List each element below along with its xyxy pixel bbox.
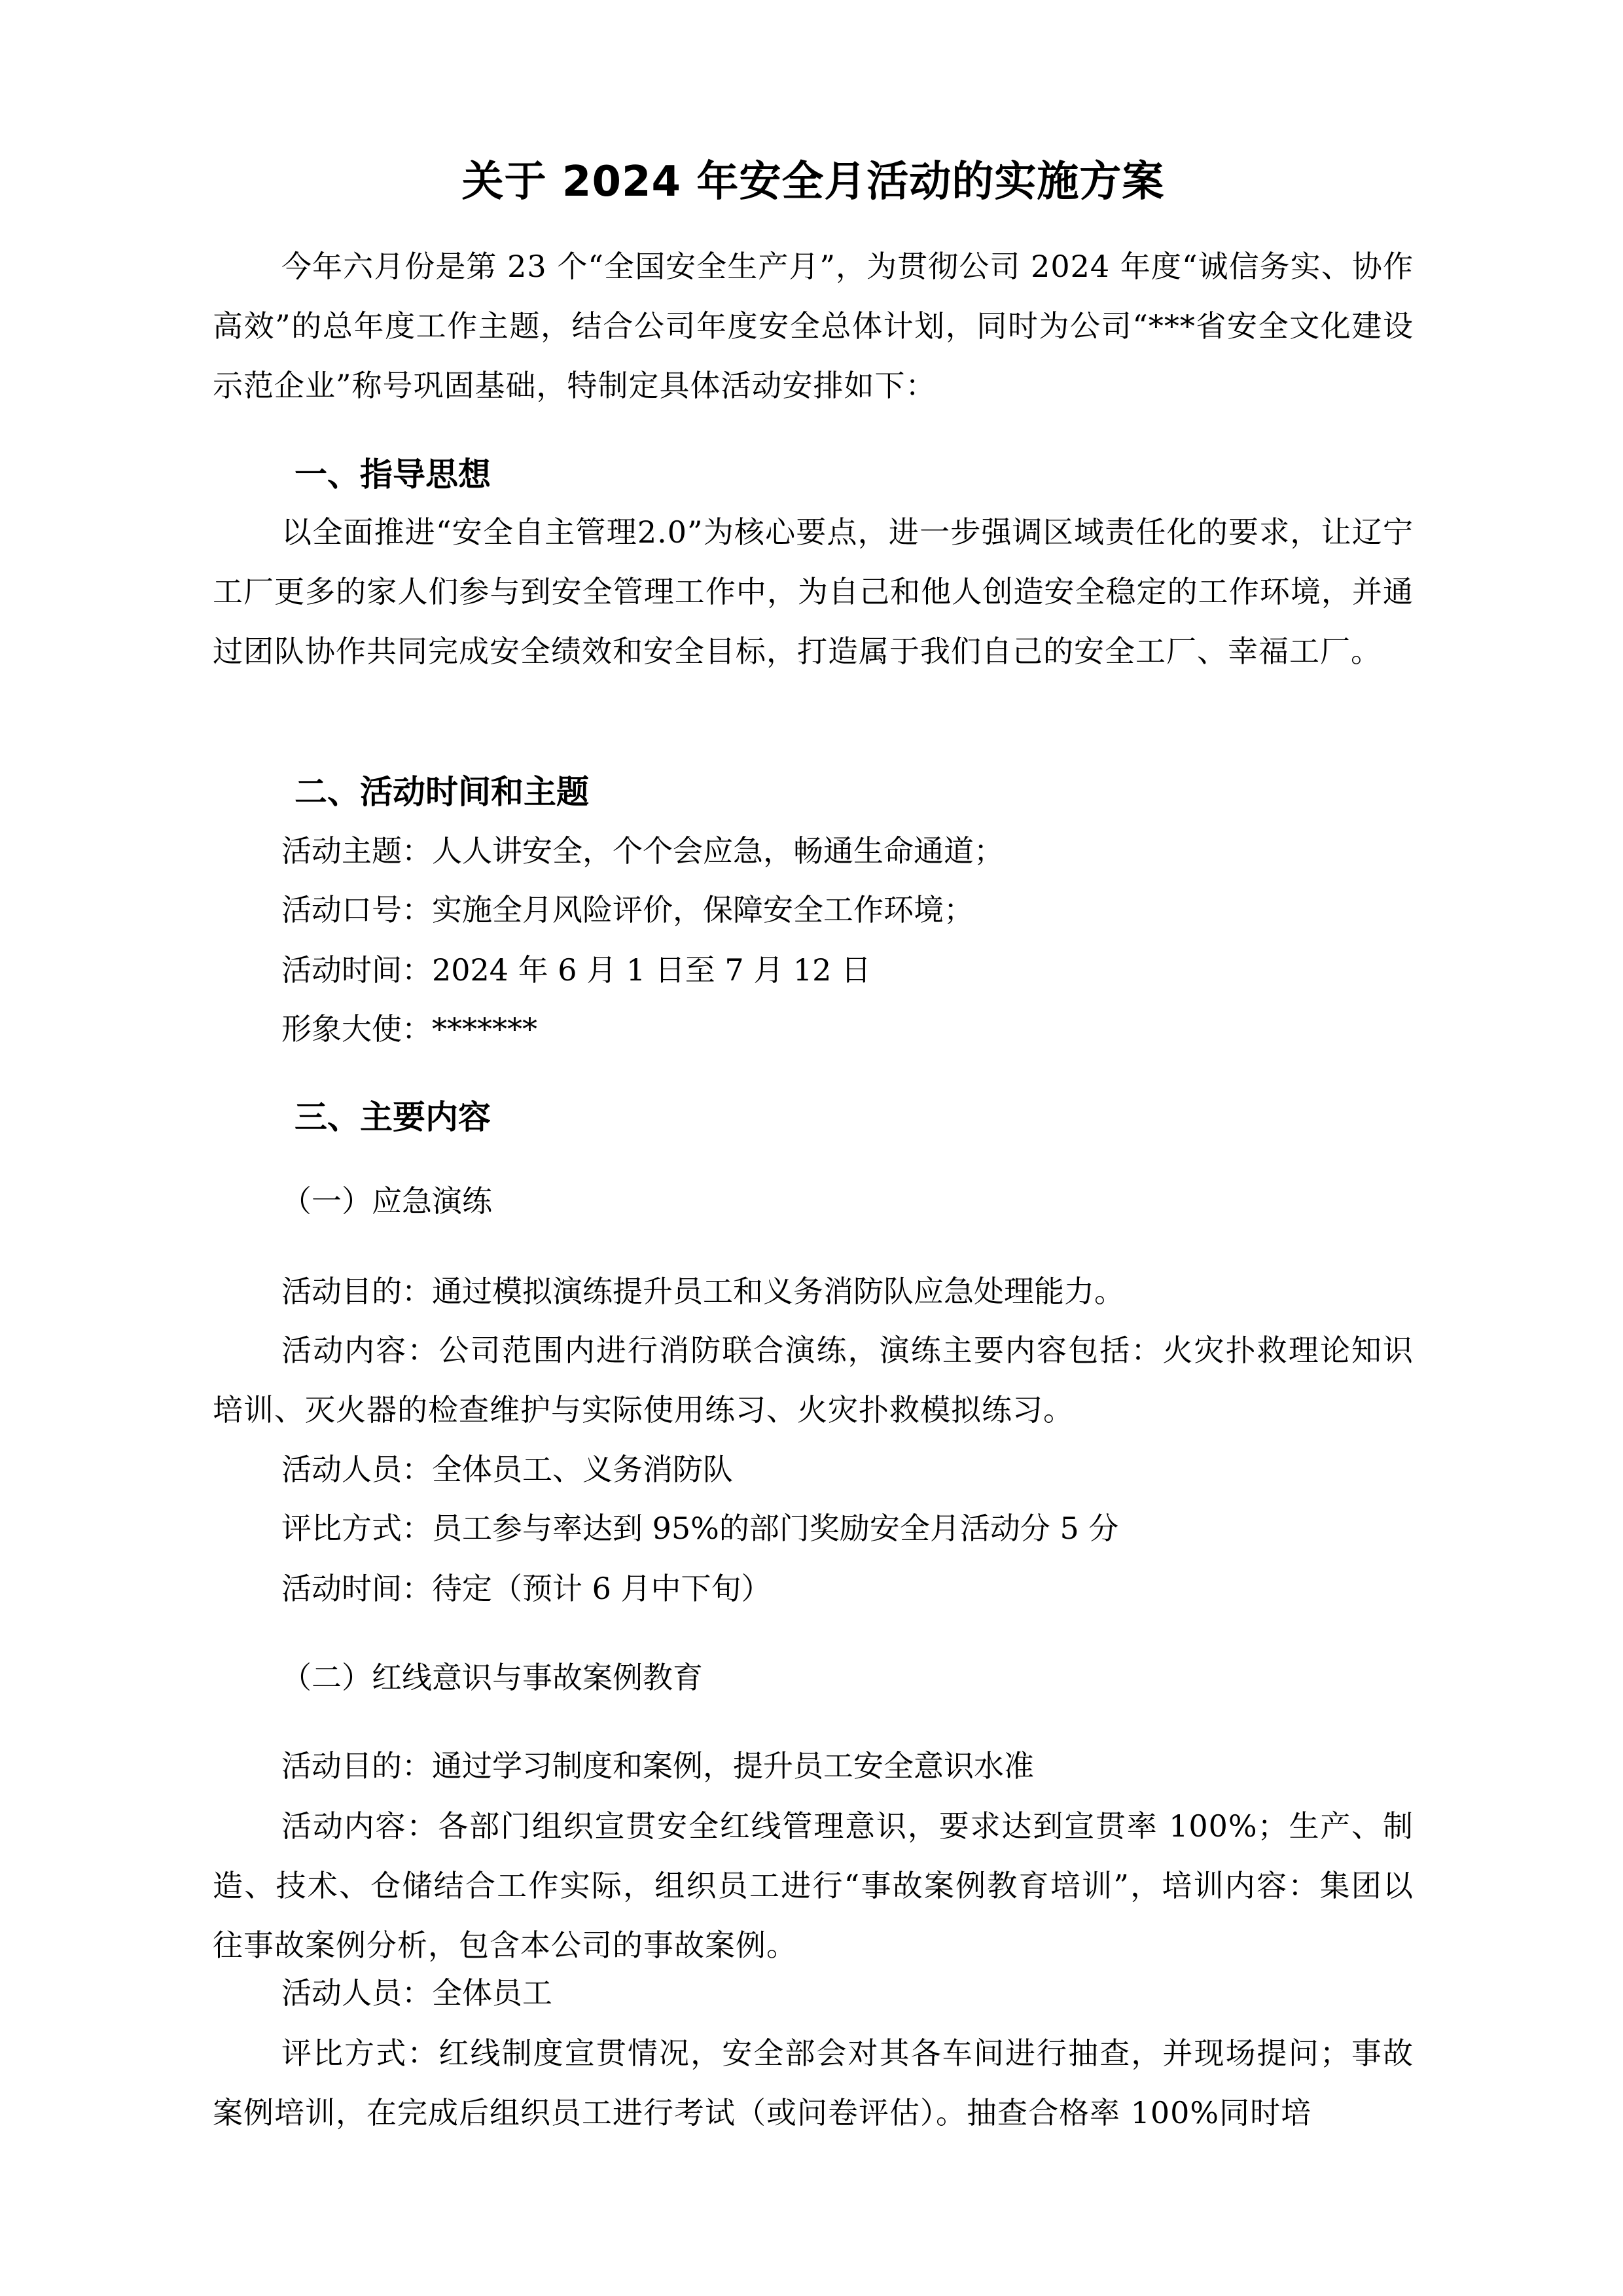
- intro-paragraph: 今年六月份是第 23 个“全国安全生产月”，为贯彻公司 2024 年度“诚信务实…: [213, 237, 1414, 416]
- sub1-content: 活动内容：公司范围内进行消防联合演练，演练主要内容包括：火灾扑救理论知识培训、灭…: [213, 1321, 1414, 1440]
- subsection-2-heading: （二）红线意识与事故案例教育: [281, 1648, 703, 1707]
- activity-time: 活动时间：2024 年 6 月 1 日至 7 月 12 日: [281, 941, 871, 999]
- sub2-evaluation: 评比方式：红线制度宣贯情况，安全部会对其各车间进行抽查，并现场提问；事故案例培训…: [213, 2024, 1414, 2143]
- sub1-evaluation: 评比方式：员工参与率达到 95%的部门奖励安全月活动分 5 分: [281, 1499, 1118, 1558]
- sub2-personnel: 活动人员：全体员工: [281, 1964, 552, 2022]
- sub2-purpose: 活动目的：通过学习制度和案例，提升员工安全意识水准: [281, 1736, 1034, 1795]
- sub2-content: 活动内容：各部门组织宣贯安全红线管理意识，要求达到宣贯率 100%；生产、制造、…: [213, 1797, 1414, 1975]
- section-2-heading: 二、活动时间和主题: [294, 762, 589, 821]
- section-1-heading: 一、指导思想: [294, 445, 491, 504]
- sub1-time: 活动时间：待定（预计 6 月中下旬）: [281, 1559, 772, 1618]
- section-1-body: 以全面推进“安全自主管理2.0”为核心要点，进一步强调区域责任化的要求，让辽宁工…: [213, 503, 1414, 681]
- subsection-1-heading: （一）应急演练: [281, 1172, 492, 1230]
- document-title: 关于 2024 年安全月活动的实施方案: [213, 149, 1414, 215]
- activity-slogan: 活动口号：实施全月风险评价，保障安全工作环境；: [281, 880, 974, 939]
- sub1-personnel: 活动人员：全体员工、义务消防队: [281, 1440, 733, 1499]
- section-3-heading: 三、主要内容: [294, 1088, 491, 1147]
- sub1-purpose: 活动目的：通过模拟演练提升员工和义务消防队应急处理能力。: [281, 1262, 1124, 1321]
- activity-theme: 活动主题：人人讲安全，个个会应急，畅通生命通道；: [281, 821, 1004, 880]
- image-ambassador: 形象大使：*******: [281, 999, 537, 1058]
